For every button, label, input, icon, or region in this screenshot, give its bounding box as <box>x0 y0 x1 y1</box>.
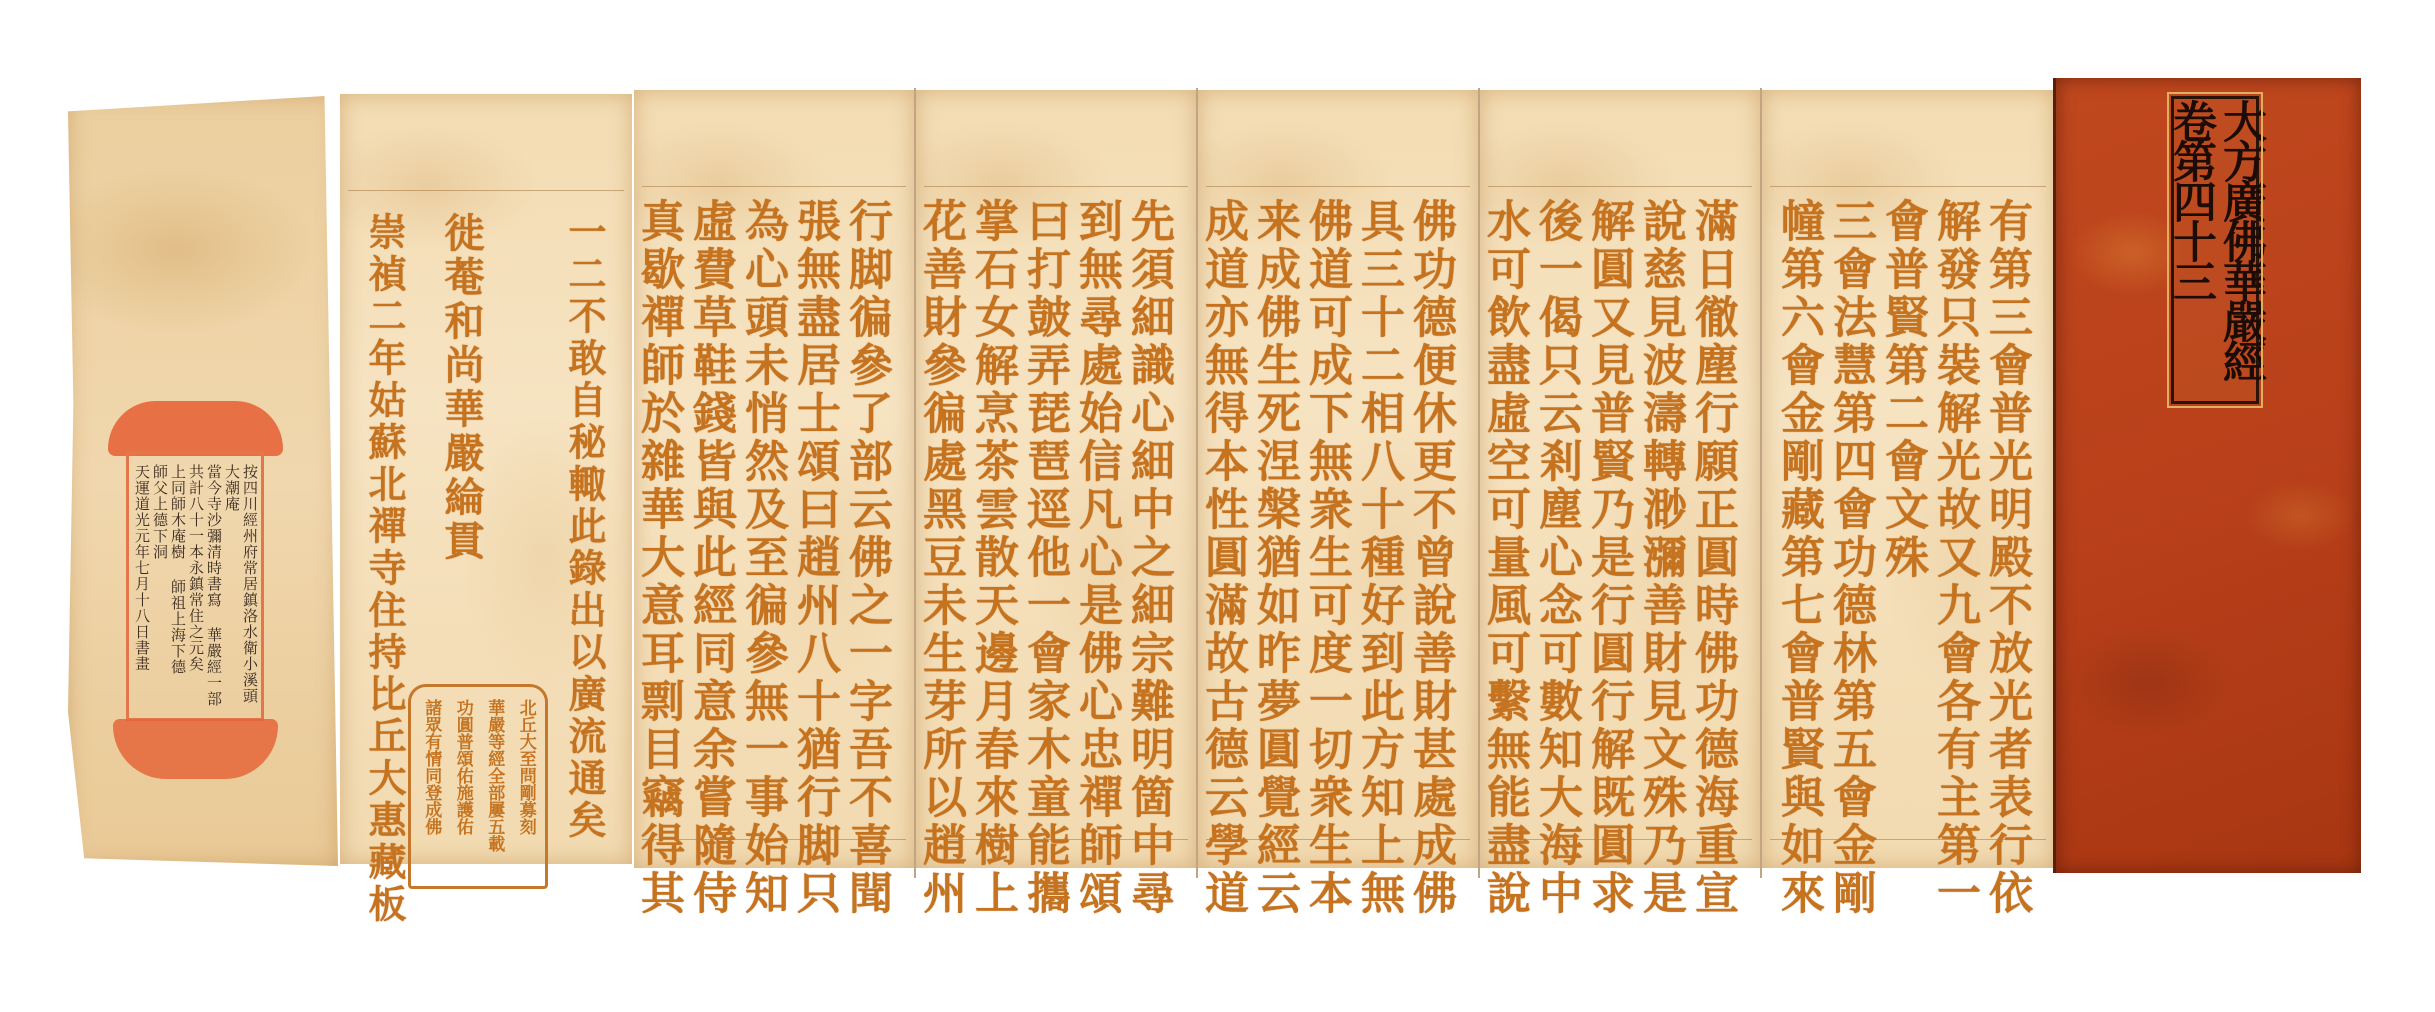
top-rule <box>642 186 906 187</box>
text-column: 解發只裝解光故又九會各有主第一 <box>1928 198 1980 828</box>
seal-line: 共計八十一本永鎮常住之元矣 <box>187 464 205 708</box>
brocade-cover: 大方廣佛華嚴經卷第四十三 <box>2053 78 2361 873</box>
sutra-scroll: 按四川經州府常居鎮洛水衛小溪頭大潮庵 當今寺沙彌清時書寫 華嚴經一部 共計八十一… <box>68 88 2368 878</box>
text-column: 幢第六會金剛藏第七會普賢與如來 <box>1772 198 1824 828</box>
text-columns: 滿日徹塵行願正圓時佛功德海重宣 說慈見波濤轉渺瀰善財見文殊乃是 解圓又見普賢乃是… <box>1498 198 1738 828</box>
text-column: 佛道可成下無衆生可度一切衆生本 <box>1300 198 1352 828</box>
top-rule <box>924 186 1188 187</box>
donor-seal: 按四川經州府常居鎮洛水衛小溪頭大潮庵 當今寺沙彌清時書寫 華嚴經一部 共計八十一… <box>108 401 283 791</box>
seal-text-frame: 按四川經州府常居鎮洛水衛小溪頭大潮庵 當今寺沙彌清時書寫 華嚴經一部 共計八十一… <box>126 451 264 721</box>
text-columns: 佛功德便休更不曾說善財甚處成佛 具三十二相八十種好到此方知上無 佛道可成下無衆生… <box>1216 198 1456 828</box>
seal-line: 按四川經州府常居鎮洛水衛小溪頭大潮庵 <box>223 464 259 708</box>
text-column: 說慈見波濤轉渺瀰善財見文殊乃是 <box>1634 198 1686 828</box>
text-columns: 有第三會普光明殿不放光者表行依 解發只裝解光故又九會各有主第一 會普賢第二會文殊… <box>1780 198 2032 828</box>
seal-line: 上同師木庵樹 師祖上海下德 師父上德下洞 <box>151 464 187 708</box>
text-column: 来成佛生死涅槃猶如昨夢圓覺經云 <box>1248 198 1300 828</box>
text-column: 為心頭未悄然及至徧參無一事始知 <box>736 198 788 828</box>
plaque-line: 諸眾有情同登成佛 <box>421 699 440 874</box>
title-slip: 大方廣佛華嚴經卷第四十三 <box>2171 96 2259 404</box>
seal-line: 當今寺沙彌清時書寫 華嚴經一部 <box>205 464 223 708</box>
text-column: 解圓又見普賢乃是行圓行解既圓求 <box>1582 198 1634 828</box>
colophon-closing: 一二不敢自秘輙此錄出以廣流通矣 <box>562 212 606 842</box>
text-panel-2: 滿日徹塵行願正圓時佛功德海重宣 說慈見波濤轉渺瀰善財見文殊乃是 解圓又見普賢乃是… <box>1480 90 1760 868</box>
colophon-publisher: 崇禎二年姑蘇北禪寺住持比丘大惠藏板 <box>362 212 406 926</box>
text-panel-1: 有第三會普光明殿不放光者表行依 解發只裝解光故又九會各有主第一 會普賢第二會文殊… <box>1762 90 2054 868</box>
plaque-line: 北丘大至問剛募刻 <box>516 699 535 874</box>
text-column: 行脚徧參了部云佛之一字吾不喜聞 <box>840 198 892 828</box>
text-column: 虛費草鞋錢皆與此經同意余嘗隨侍 <box>684 198 736 828</box>
text-column: 佛功德便休更不曾說善財甚處成佛 <box>1404 198 1456 828</box>
plaque-line: 華嚴等經全部屢五載 <box>484 699 503 874</box>
colophon-title: 徙菴和尚華嚴綸貫 <box>438 212 484 564</box>
top-rule <box>1206 186 1470 187</box>
text-column: 具三十二相八十種好到此方知上無 <box>1352 198 1404 828</box>
text-column: 到無尋處始信凡心是佛心忠禪師頌 <box>1070 198 1122 828</box>
text-column: 水可飲盡虛空可量風可繫無能盡說 <box>1478 198 1530 828</box>
text-columns: 先須細識心細中之細宗難明箇中尋 到無尋處始信凡心是佛心忠禪師頌 曰打皷弄琵琶逕他… <box>934 198 1174 828</box>
top-rule <box>1488 186 1752 187</box>
top-rule <box>1770 186 2046 187</box>
text-column: 有第三會普光明殿不放光者表行依 <box>1980 198 2032 828</box>
dedication-plaque: 北丘大至問剛募刻 華嚴等經全部屢五載 功圓普頌佑施護佑 諸眾有情同登成佛 <box>408 684 548 889</box>
seal-canopy <box>108 401 283 456</box>
sutra-title: 大方廣佛華嚴經卷第四十三 <box>2165 99 2265 401</box>
top-rule <box>348 190 624 191</box>
text-columns: 行脚徧參了部云佛之一字吾不喜聞 張無盡居士頌曰趙州八十猶行脚只 為心頭未悄然及至… <box>652 198 892 828</box>
seal-line: 天運道光元年七月十八日書畫 <box>133 464 151 708</box>
text-panel-3: 佛功德便休更不曾說善財甚處成佛 具三十二相八十種好到此方知上無 佛道可成下無衆生… <box>1198 90 1478 868</box>
plaque-line: 功圓普頌佑施護佑 <box>453 699 472 874</box>
colophon-panel: 崇禎二年姑蘇北禪寺住持比丘大惠藏板 徙菴和尚華嚴綸貫 北丘大至問剛募刻 華嚴等經… <box>340 94 632 864</box>
text-column: 滿日徹塵行願正圓時佛功德海重宣 <box>1686 198 1738 828</box>
text-column: 成道亦無得本性圓滿故古德云學道 <box>1196 198 1248 828</box>
text-column: 先須細識心細中之細宗難明箇中尋 <box>1122 198 1174 828</box>
text-column: 張無盡居士頌曰趙州八十猶行脚只 <box>788 198 840 828</box>
text-column: 花善財參徧處黑豆未生芽所以趙州 <box>914 198 966 828</box>
text-panel-4: 先須細識心細中之細宗難明箇中尋 到無尋處始信凡心是佛心忠禪師頌 曰打皷弄琵琶逕他… <box>916 90 1196 868</box>
text-column: 三會法慧第四會功德林第五會金剛 <box>1824 198 1876 828</box>
text-column: 真歇禪師於雜華大意耳剽目竊得其 <box>632 198 684 828</box>
seal-panel: 按四川經州府常居鎮洛水衛小溪頭大潮庵 當今寺沙彌清時書寫 華嚴經一部 共計八十一… <box>68 96 338 866</box>
seal-lotus-base <box>113 719 278 779</box>
text-column: 曰打皷弄琵琶逕他一會家木童能攜 <box>1018 198 1070 828</box>
text-panel-5: 行脚徧參了部云佛之一字吾不喜聞 張無盡居士頌曰趙州八十猶行脚只 為心頭未悄然及至… <box>634 90 914 868</box>
text-column: 會普賢第二會文殊 <box>1876 198 1928 828</box>
text-column: 後一偈只云剎塵心念可數知大海中 <box>1530 198 1582 828</box>
text-column: 掌石女解烹茶雲散天邊月春來樹上 <box>966 198 1018 828</box>
